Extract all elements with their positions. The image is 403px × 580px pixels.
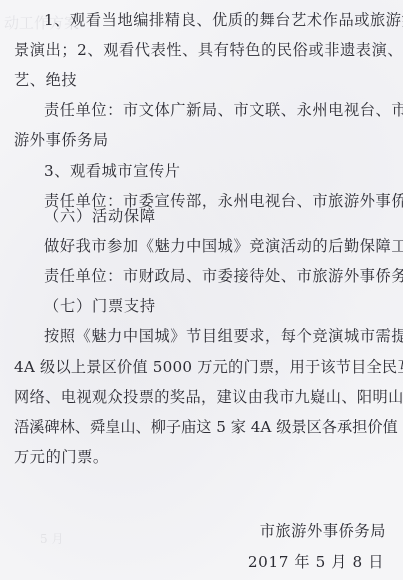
paragraph-line: 4A 级以上景区价值 5000 万元的门票，用于该节目全民互动、: [14, 357, 403, 377]
paragraph-line: 浯溪碑林、舜皇山、柳子庙这 5 家 4A 级景区各承担价值 1000: [14, 417, 403, 437]
paragraph-line: 按照《魅力中国城》节目组要求，每个竞演城市需提供: [44, 326, 403, 346]
responsible-unit-line: 责任单位：市文体广新局、市文联、永州电视台、市旅: [44, 100, 403, 120]
paragraph-line: 艺、绝技: [14, 70, 77, 90]
bleed-through-text: 5 月: [40, 530, 63, 547]
paragraph-line: 网络、电视观众投票的奖品，建议由我市九嶷山、阳明山、: [14, 387, 403, 407]
paragraph-line: 万元的门票。: [14, 447, 109, 467]
paragraph-line: 景演出；2、观看代表性、具有特色的民俗或非遗表演、手: [14, 40, 403, 60]
signature-organization: 市旅游外事侨务局: [260, 520, 386, 541]
section-heading-activity-support: （六）活动保障: [44, 206, 156, 226]
section-heading-ticket-support: （七）门票支持: [44, 296, 156, 316]
signature-date: 2017 年 5 月 8 日: [248, 551, 384, 572]
paragraph-line: 1、观看当地编排精良、优质的舞台艺术作品或旅游实: [44, 10, 403, 30]
item-heading: 3、观看城市宣传片: [44, 161, 181, 181]
responsible-unit-line: 责任单位：市财政局、市委接待处、市旅游外事侨务局: [44, 266, 403, 286]
paragraph-line: 游外事侨务局: [14, 130, 109, 150]
scanned-document-page: 动工作方案 5 月 1、观看当地编排精良、优质的舞台艺术作品或旅游实 景演出；2…: [0, 0, 403, 580]
paragraph-line: 做好我市参加《魅力中国城》竞演活动的后勤保障工作: [44, 236, 403, 256]
